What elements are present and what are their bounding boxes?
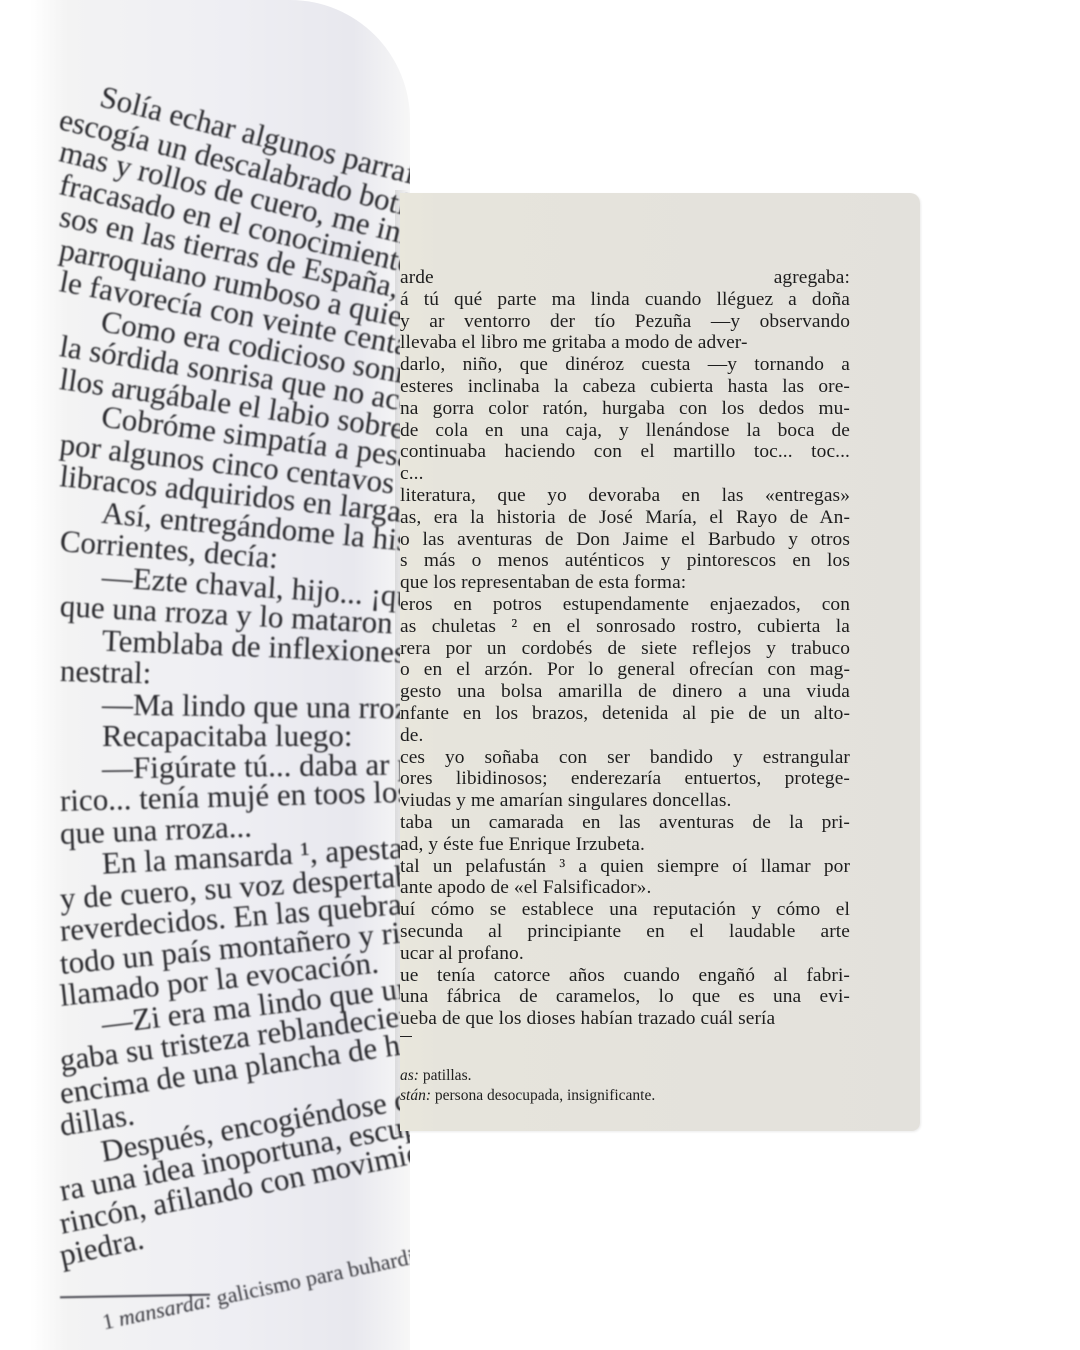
text-line: eros en potros estupendamente enjaezados… (400, 594, 850, 616)
text-line: ue tenía catorce años cuando engañó al f… (400, 965, 850, 987)
footnote-term: stán: (400, 1087, 431, 1104)
footnote-marker: 1 (100, 1308, 116, 1335)
text-line: secunda al principiante en el laudable a… (400, 921, 850, 943)
footnote-text: patillas. (419, 1067, 472, 1084)
text-line: que los representaban de esta forma: (400, 572, 850, 594)
text-line: y ar ventorro der tío Pezuña —y observan… (400, 311, 850, 333)
text-line: darlo, niño, que dinéroz cuesta —y torna… (400, 354, 850, 376)
text-line: taba un camarada en las aventuras de la … (400, 812, 850, 834)
text-line: o en el arzón. Por lo general ofrecían c… (400, 659, 850, 681)
text-line: as, era la historia de José María, el Ra… (400, 507, 850, 529)
text-line: rera por un cordobés de siete reflejos y… (400, 638, 850, 660)
left-page: Solía echar algunos parrafiescogía un de… (30, 0, 410, 1350)
footnote: stán: persona desocupada, insignificante… (400, 1086, 850, 1106)
left-page-body-text: Solía echar algunos parrafiescogía un de… (60, 70, 410, 1273)
text-line: o las aventuras de Don Jaime el Barbudo … (400, 529, 850, 551)
text-line: arde agregaba: (400, 267, 850, 289)
text-line: gesto una bolsa amarilla de dinero a una… (400, 681, 850, 703)
text-line: de. (400, 725, 850, 747)
text-line: ces yo soñaba con ser bandido y estrangu… (400, 747, 850, 769)
right-page-body-text: arde agregaba:á tú qué parte ma linda cu… (400, 267, 850, 1030)
text-line: tal un pelafustán ³ a quien siempre oí l… (400, 856, 850, 878)
text-line: de cola en una caja, y llenándose la boc… (400, 420, 850, 442)
text-line: nfante en los brazos, detenida al pie de… (400, 703, 850, 725)
text-line: ante apodo de «el Falsificador». (400, 877, 850, 899)
text-line: ores libidinosos; enderezaría entuertos,… (400, 768, 850, 790)
text-line: s más o menos auténticos y pintorescos e… (400, 550, 850, 572)
text-line: ad, y éste fue Enrique Irzubeta. (400, 834, 850, 856)
text-line: as chuletas ² en el sonrosado rostro, cu… (400, 616, 850, 638)
text-line: c... (400, 463, 850, 485)
text-line: llevaba el libro me gritaba a modo de ad… (400, 332, 850, 354)
text-line: una fábrica de caramelos, lo que es una … (400, 986, 850, 1008)
text-line: viudas y me amarían singulares doncellas… (400, 790, 850, 812)
right-page-footnotes: as: patillas.stán: persona desocupada, i… (400, 1066, 850, 1106)
footnote: as: patillas. (400, 1066, 850, 1086)
page-number: 89 (825, 1128, 843, 1131)
footnote-term: as: (400, 1067, 419, 1084)
right-page: arde agregaba:á tú qué parte ma linda cu… (400, 193, 920, 1131)
text-line: na gorra color ratón, hurgaba con los de… (400, 398, 850, 420)
text-line: literatura, que yo devoraba en las «entr… (400, 485, 850, 507)
footnote-divider (400, 1036, 412, 1037)
text-line: ucar al profano. (400, 943, 850, 965)
text-line: continuaba haciendo con el martillo toc.… (400, 441, 850, 463)
text-line: á tú qué parte ma linda cuando lléguez a… (400, 289, 850, 311)
text-line: ueba de que los dioses habían trazado cu… (400, 1008, 850, 1030)
footnote-text: persona desocupada, insignificante. (431, 1087, 655, 1104)
text-line: esteres inclinaba la cabeza cubierta has… (400, 376, 850, 398)
text-line: uí cómo se establece una reputación y có… (400, 899, 850, 921)
